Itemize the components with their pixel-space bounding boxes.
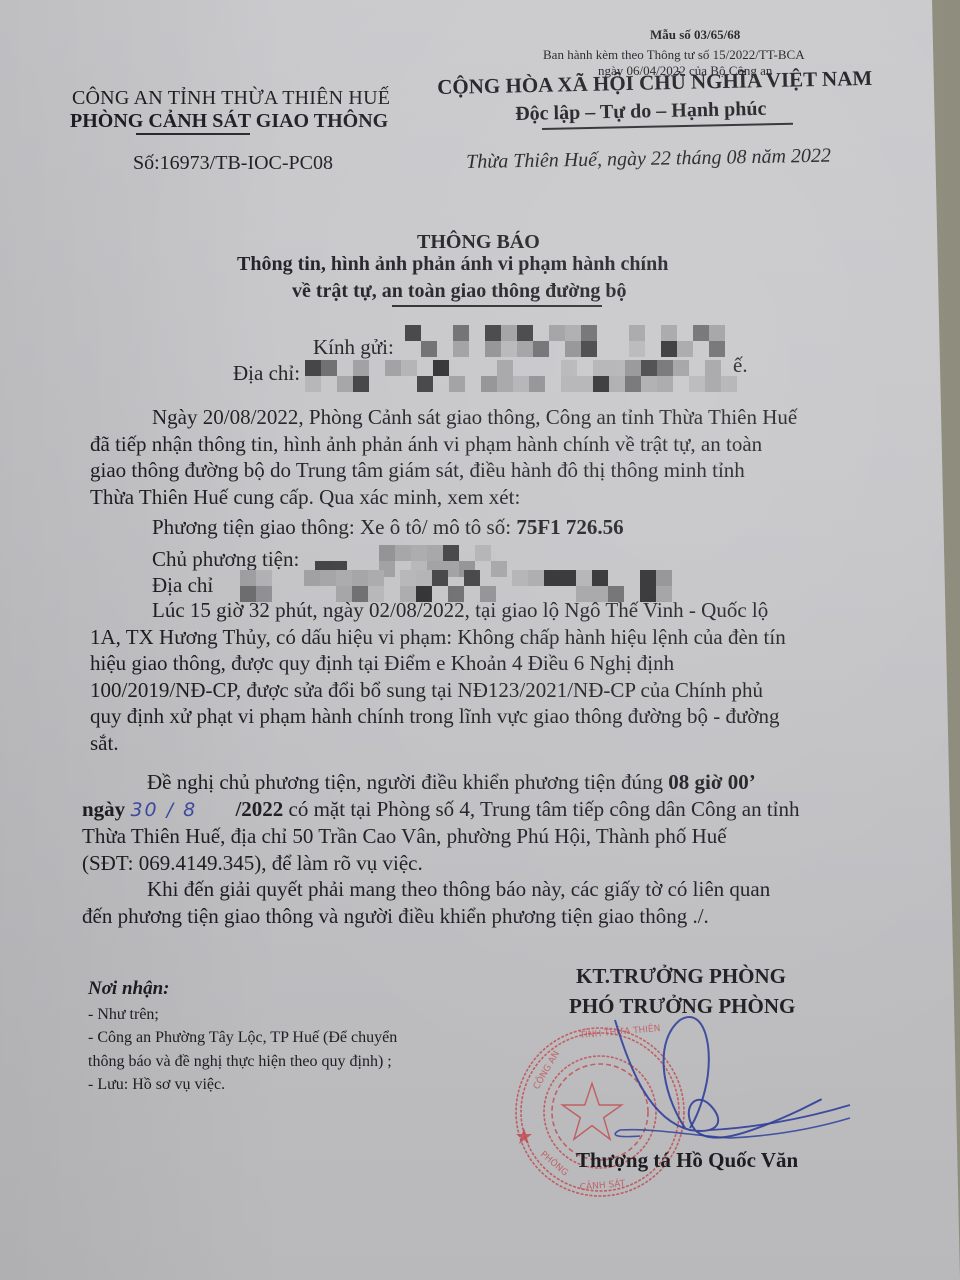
text-line: Lúc 15 giờ 32 phút, ngày 02/08/2022, tại… bbox=[90, 597, 786, 624]
redaction-pixel bbox=[689, 376, 705, 392]
redaction-pixel bbox=[475, 545, 491, 561]
redaction-pixel bbox=[320, 570, 336, 586]
redaction-pixel bbox=[497, 360, 513, 376]
summons-day-label: ngày bbox=[82, 797, 130, 821]
recipient-item: - Công an Phường Tây Lộc, TP Huế (Để chu… bbox=[88, 1026, 397, 1050]
redaction-pixel bbox=[321, 360, 337, 376]
nation-heading: CỘNG HÒA XÃ HỘI CHỦ NGHĨA VIỆT NAM bbox=[437, 66, 872, 100]
document-subtitle-line2: về trật tự, an toàn giao thông đường bộ bbox=[292, 280, 627, 303]
text-line: Thừa Thiên Huế, địa chỉ 50 Trần Cao Vân,… bbox=[82, 823, 800, 850]
redaction-pixel bbox=[693, 325, 709, 341]
owner-address-label: Địa chỉ bbox=[152, 573, 213, 598]
national-motto: Độc lập – Tự do – Hạnh phúc bbox=[515, 98, 767, 126]
redaction-pixel bbox=[593, 360, 609, 376]
redaction-pixel bbox=[464, 570, 480, 586]
text-line: (SĐT: 069.4149.345), để làm rõ vụ việc. bbox=[82, 850, 800, 877]
recipient-address-tail: ế. bbox=[733, 353, 748, 378]
vehicle-plate: 75F1 726.56 bbox=[516, 515, 623, 539]
redaction-pixel bbox=[453, 325, 469, 341]
redaction-pixel bbox=[609, 360, 625, 376]
text-line: Đề nghị chủ phương tiện, người điều khiể… bbox=[82, 769, 800, 796]
redaction-pixel bbox=[609, 376, 625, 392]
redaction-pixel bbox=[443, 545, 459, 561]
redaction-pixel bbox=[629, 325, 645, 341]
handwritten-date: 30 / 8 bbox=[130, 797, 235, 824]
redaction-pixel bbox=[240, 570, 256, 586]
redaction-pixel bbox=[421, 341, 437, 357]
recipients-title: Nơi nhận: bbox=[88, 977, 397, 1001]
text-line: 100/2019/NĐ-CP, được sửa đổi bổ sung tại… bbox=[90, 677, 786, 704]
redaction-pixel bbox=[709, 325, 725, 341]
text-line: Thừa Thiên Huế cung cấp. Qua xác minh, x… bbox=[90, 484, 797, 511]
redaction-pixel bbox=[673, 360, 689, 376]
redaction-pixel bbox=[709, 341, 725, 357]
redaction-pixel bbox=[561, 376, 577, 392]
subtitle-underline bbox=[392, 305, 602, 307]
text-line: đã tiếp nhận thông tin, hình ảnh phản án… bbox=[90, 431, 797, 458]
vehicle-line: Phương tiện giao thông: Xe ô tô/ mô tô s… bbox=[152, 515, 624, 540]
paragraph-violation: Lúc 15 giờ 32 phút, ngày 02/08/2022, tại… bbox=[90, 597, 786, 756]
document-title: THÔNG BÁO bbox=[417, 231, 540, 254]
redaction-pixel bbox=[721, 376, 737, 392]
redaction-pixel bbox=[453, 341, 469, 357]
redaction-pixel bbox=[385, 360, 401, 376]
summons-year: /2022 bbox=[235, 797, 283, 821]
redaction-pixel bbox=[305, 376, 321, 392]
redaction-pixel bbox=[353, 360, 369, 376]
redaction-pixel bbox=[528, 570, 544, 586]
recipient-item: - Như trên; bbox=[88, 1003, 397, 1027]
redaction-pixel bbox=[513, 376, 529, 392]
redaction-pixel bbox=[379, 545, 395, 561]
redaction-pixel bbox=[677, 341, 693, 357]
text-line: sắt. bbox=[90, 730, 786, 757]
redaction-pixel bbox=[657, 376, 673, 392]
redaction-pixel bbox=[395, 545, 411, 561]
redaction-pixel bbox=[544, 570, 560, 586]
text-line: Khi đến giải quyết phải mang theo thông … bbox=[82, 876, 800, 903]
redaction-pixel bbox=[629, 341, 645, 357]
redaction-pixel bbox=[656, 570, 672, 586]
redaction-pixel bbox=[501, 325, 517, 341]
redaction-pixel bbox=[625, 360, 641, 376]
redaction-pixel bbox=[304, 570, 320, 586]
form-code: Mẫu số 03/65/68 bbox=[650, 27, 740, 43]
text-line: Ngày 20/08/2022, Phòng Cảnh sát giao thô… bbox=[90, 404, 797, 431]
recipient-address-label: Địa chỉ: bbox=[233, 361, 300, 386]
redaction-pixel bbox=[625, 376, 641, 392]
summons-time: 08 giờ 00’ bbox=[668, 770, 755, 794]
redaction-pixel bbox=[560, 570, 576, 586]
document-page: Mẫu số 03/65/68 Ban hành kèm theo Thông … bbox=[0, 0, 960, 1280]
recipient-label: Kính gửi: bbox=[313, 335, 394, 360]
redaction-pixel bbox=[705, 360, 721, 376]
text-line: 1A, TX Hương Thủy, có dấu hiệu vi phạm: … bbox=[90, 624, 786, 651]
redaction-pixel bbox=[433, 360, 449, 376]
agency-name: PHÒNG CẢNH SÁT GIAO THÔNG bbox=[70, 110, 388, 133]
vehicle-label: Phương tiện giao thông: Xe ô tô/ mô tô s… bbox=[152, 515, 516, 539]
redaction-pixel bbox=[417, 376, 433, 392]
redaction-pixel bbox=[592, 570, 608, 586]
form-basis-line1: Ban hành kèm theo Thông tư số 15/2022/TT… bbox=[543, 47, 805, 63]
redaction-pixel bbox=[705, 376, 721, 392]
redaction-pixel bbox=[411, 545, 427, 561]
redaction-pixel bbox=[337, 376, 353, 392]
redaction-pixel bbox=[581, 341, 597, 357]
summons-location: có mặt tại Phòng số 4, Trung tâm tiếp cô… bbox=[283, 797, 799, 821]
redaction-pixel bbox=[481, 376, 497, 392]
redaction-pixel bbox=[432, 570, 448, 586]
redaction-pixel bbox=[517, 341, 533, 357]
text-line: quy định xử phạt vi phạm hành chính tron… bbox=[90, 703, 786, 730]
redaction-pixel bbox=[565, 341, 581, 357]
redaction-pixel bbox=[549, 325, 565, 341]
redaction-pixel bbox=[485, 341, 501, 357]
redaction-pixel bbox=[400, 570, 416, 586]
redaction-pixel bbox=[581, 325, 597, 341]
recipient-item: - Lưu: Hồ sơ vụ việc. bbox=[88, 1073, 397, 1097]
redaction-pixel bbox=[593, 376, 609, 392]
redaction-pixel bbox=[661, 341, 677, 357]
document-number: Số:16973/TB-IOC-PC08 bbox=[133, 152, 333, 175]
redaction-pixel bbox=[576, 570, 592, 586]
paragraph-intro: Ngày 20/08/2022, Phòng Cảnh sát giao thô… bbox=[90, 404, 797, 510]
redaction-pixel bbox=[416, 570, 432, 586]
text-line: ngày 30 / 8/2022 có mặt tại Phòng số 4, … bbox=[82, 796, 800, 824]
redaction-pixel bbox=[305, 360, 321, 376]
redaction-pixel bbox=[640, 570, 656, 586]
agency-underline bbox=[136, 133, 250, 135]
redaction-pixel bbox=[491, 561, 507, 577]
place-date: Thừa Thiên Huế, ngày 22 tháng 08 năm 202… bbox=[466, 145, 831, 174]
redaction-pixel bbox=[405, 325, 421, 341]
redaction-pixel bbox=[529, 376, 545, 392]
redaction-pixel bbox=[512, 570, 528, 586]
redaction-pixel bbox=[368, 570, 384, 586]
paragraph-summons: Đề nghị chủ phương tiện, người điều khiể… bbox=[82, 769, 800, 929]
redaction-pixel bbox=[533, 341, 549, 357]
redaction-pixel bbox=[449, 376, 465, 392]
owner-label: Chủ phương tiện: bbox=[152, 547, 299, 572]
signer-name: Thượng tá Hồ Quốc Văn bbox=[576, 1148, 798, 1173]
recipients-list: Nơi nhận: - Như trên; - Công an Phường T… bbox=[88, 977, 397, 1097]
redaction-pixel bbox=[565, 325, 581, 341]
summons-text: Đề nghị chủ phương tiện, người điều khiể… bbox=[147, 770, 668, 794]
redaction-pixel bbox=[657, 360, 673, 376]
text-line: hiệu giao thông, được quy định tại Điểm … bbox=[90, 650, 786, 677]
agency-parent: CÔNG AN TỈNH THỪA THIÊN HUẾ bbox=[72, 87, 390, 110]
redaction-pixel bbox=[641, 360, 657, 376]
signer-title-line1: KT.TRƯỞNG PHÒNG bbox=[576, 964, 786, 989]
text-line: giao thông đường bộ do Trung tâm giám sá… bbox=[90, 457, 797, 484]
redaction-pixel bbox=[401, 360, 417, 376]
document-subtitle-line1: Thông tin, hình ảnh phản ánh vi phạm hàn… bbox=[237, 253, 668, 276]
redaction-pixel bbox=[497, 376, 513, 392]
redaction-pixel bbox=[336, 570, 352, 586]
redaction-pixel bbox=[501, 341, 517, 357]
redaction-pixel bbox=[661, 325, 677, 341]
redaction-pixel bbox=[561, 360, 577, 376]
redaction-pixel bbox=[517, 325, 533, 341]
redaction-pixel bbox=[256, 570, 272, 586]
redaction-pixel bbox=[577, 376, 593, 392]
redaction-pixel bbox=[485, 325, 501, 341]
redaction-pixel bbox=[427, 545, 443, 561]
text-line: đến phương tiện giao thông và người điều… bbox=[82, 903, 800, 930]
recipient-item: thông báo và đề nghị thực hiện theo quy … bbox=[88, 1050, 397, 1074]
redaction-pixel bbox=[641, 376, 657, 392]
redaction-pixel bbox=[353, 376, 369, 392]
redaction-pixel bbox=[352, 570, 368, 586]
